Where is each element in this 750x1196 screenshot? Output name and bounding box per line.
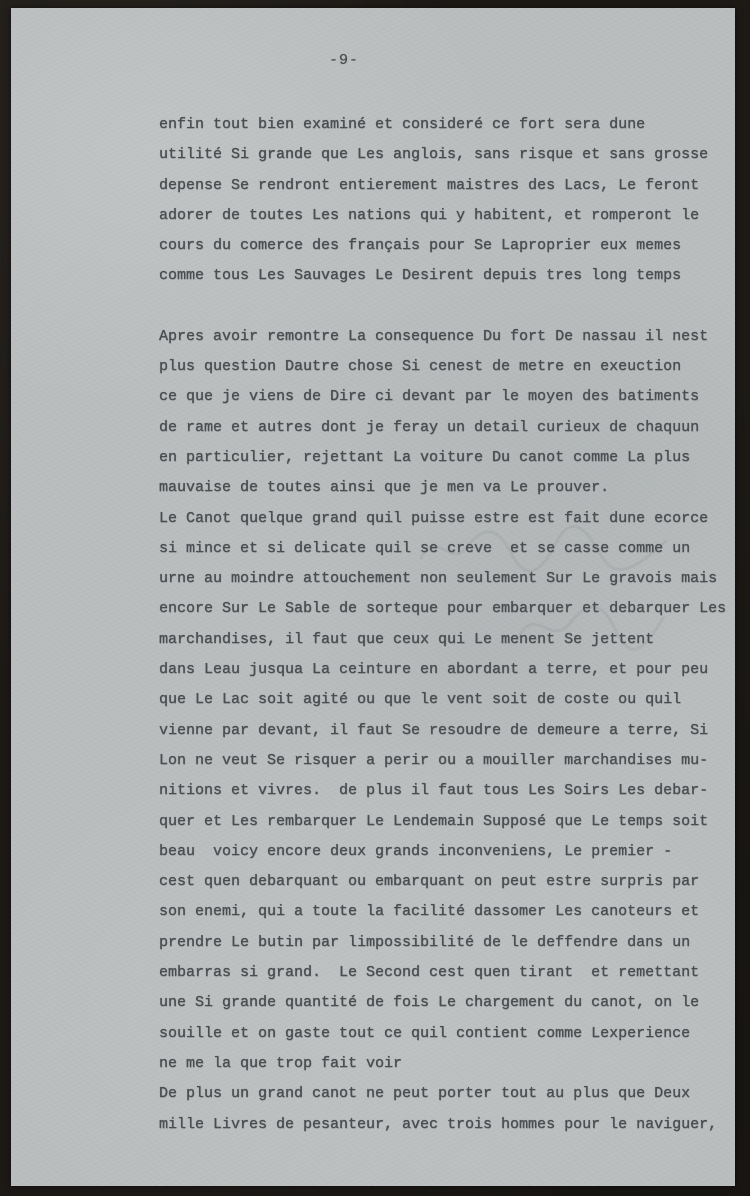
paragraph: enfin tout bien examiné et consideré ce … (159, 110, 734, 292)
text-line: embarras si grand. Le Second cest quen t… (159, 958, 734, 988)
text-line: Lon ne veut Se risquer a perir ou a moui… (159, 746, 734, 776)
text-line: vienne par devant, il faut Se resoudre d… (159, 716, 734, 746)
text-line: de rame et autres dont je feray un detai… (159, 413, 734, 443)
photo-background: -9- enfin tout bien examiné et consideré… (0, 0, 750, 1196)
text-line: encore Sur Le Sable de sorteque pour emb… (159, 594, 734, 624)
text-line: son enemi, qui a toute la facilité dasso… (159, 897, 734, 927)
text-line: adorer de toutes Les nations qui y habit… (159, 201, 734, 231)
text-line: ne me la que trop fait voir (159, 1049, 734, 1079)
manuscript-page: -9- enfin tout bien examiné et consideré… (11, 8, 735, 1186)
text-line: prendre Le butin par limpossibilité de l… (159, 928, 734, 958)
text-line: mille Livres de pesanteur, avec trois ho… (159, 1110, 734, 1140)
page-number: -9- (329, 52, 359, 69)
text-line: marchandises, il faut que ceux qui Le me… (159, 625, 734, 655)
text-line: souille et on gaste tout ce quil contien… (159, 1019, 734, 1049)
text-line: De plus un grand canot ne peut porter to… (159, 1079, 734, 1109)
text-line: Apres avoir remontre La consequence Du f… (159, 322, 734, 352)
text-line: comme tous Les Sauvages Le Desirent depu… (159, 261, 734, 291)
text-line: plus question Dautre chose Si cenest de … (159, 352, 734, 382)
text-line: enfin tout bien examiné et consideré ce … (159, 110, 734, 140)
text-line: nitions et vivres. de plus il faut tous … (159, 776, 734, 806)
text-line: que Le Lac soit agité ou que le vent soi… (159, 685, 734, 715)
text-line: Le Canot quelque grand quil puisse estre… (159, 504, 734, 534)
text-line: cours du comerce des français pour Se La… (159, 231, 734, 261)
text-line: une Si grande quantité de fois Le charge… (159, 988, 734, 1018)
text-line: quer et Les rembarquer Le Lendemain Supp… (159, 807, 734, 837)
text-line: si mince et si delicate quil se creve et… (159, 534, 734, 564)
typewritten-text: enfin tout bien examiné et consideré ce … (159, 110, 734, 1140)
text-line: urne au moindre attouchement non seuleme… (159, 564, 734, 594)
text-line: dans Leau jusqua La ceinture en abordant… (159, 655, 734, 685)
text-line: en particulier, rejettant La voiture Du … (159, 443, 734, 473)
text-line: depense Se rendront entierement maistres… (159, 171, 734, 201)
text-line: ce que je viens de Dire ci devant par le… (159, 382, 734, 412)
text-line: beau voicy encore deux grands inconvenie… (159, 837, 734, 867)
text-line: mauvaise de toutes ainsi que je men va L… (159, 473, 734, 503)
text-line: utilité Si grande que Les anglois, sans … (159, 140, 734, 170)
paragraph: Apres avoir remontre La consequence Du f… (159, 322, 734, 1140)
text-line: cest quen debarquant ou embarquant on pe… (159, 867, 734, 897)
